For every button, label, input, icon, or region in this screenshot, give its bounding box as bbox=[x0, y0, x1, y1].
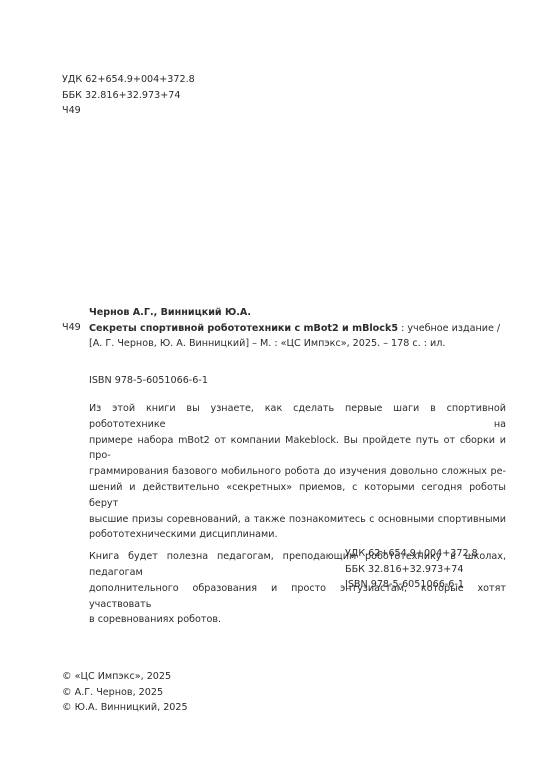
entry-authors: Чернов А.Г., Винницкий Ю.А. bbox=[89, 305, 509, 321]
bbk-code: ББК 32.816+32.973+74 bbox=[62, 88, 195, 104]
copyright-block: © «ЦС Импэкс», 2025 © А.Г. Чернов, 2025 … bbox=[62, 669, 188, 716]
copyright-line: © Ю.А. Винницкий, 2025 bbox=[62, 700, 188, 716]
isbn: ISBN 978-5-6051066-6-1 bbox=[345, 577, 478, 593]
udk-code: УДК 62+654.9+004+372.8 bbox=[345, 546, 478, 562]
isbn: ISBN 978-5-6051066-6-1 bbox=[89, 373, 208, 389]
copyright-line: © А.Г. Чернов, 2025 bbox=[62, 685, 188, 701]
udk-code: УДК 62+654.9+004+372.8 bbox=[62, 72, 195, 88]
annotation: Из этой книги вы узнаете, как сделать пе… bbox=[89, 401, 506, 634]
classification-codes-top: УДК 62+654.9+004+372.8 ББК 32.816+32.973… bbox=[62, 72, 195, 119]
entry-publication: [А. Г. Чернов, Ю. А. Винницкий] – М. : «… bbox=[89, 336, 509, 352]
bibliographic-entry: Чернов А.Г., Винницкий Ю.А. Секреты спор… bbox=[89, 305, 509, 352]
annotation-line: в соревнованиях роботов. bbox=[89, 612, 506, 628]
annotation-line: робототехническими дисциплинами. bbox=[89, 527, 506, 543]
entry-title: Секреты спортивной робототехники с mBot2… bbox=[89, 323, 398, 334]
annotation-paragraph-1: Из этой книги вы узнаете, как сделать пе… bbox=[89, 401, 506, 543]
classification-codes-bottom: УДК 62+654.9+004+372.8 ББК 32.816+32.973… bbox=[345, 546, 478, 593]
annotation-line: Из этой книги вы узнаете, как сделать пе… bbox=[89, 401, 506, 433]
annotation-line: примере набора mBot2 от компании Makeblo… bbox=[89, 433, 506, 465]
entry-title-line: Секреты спортивной робототехники с mBot2… bbox=[89, 321, 509, 337]
entry-title-rest: : учебное издание / bbox=[398, 323, 500, 334]
annotation-line: граммирования базового мобильного робота… bbox=[89, 464, 506, 480]
author-mark: Ч49 bbox=[62, 103, 195, 119]
bbk-code: ББК 32.816+32.973+74 bbox=[345, 562, 478, 578]
annotation-line: высшие призы соревнований, а также позна… bbox=[89, 512, 506, 528]
copyright-line: © «ЦС Импэкс», 2025 bbox=[62, 669, 188, 685]
entry-author-mark: Ч49 bbox=[62, 320, 81, 336]
annotation-line: шений и действительно «секретных» приемо… bbox=[89, 480, 506, 512]
